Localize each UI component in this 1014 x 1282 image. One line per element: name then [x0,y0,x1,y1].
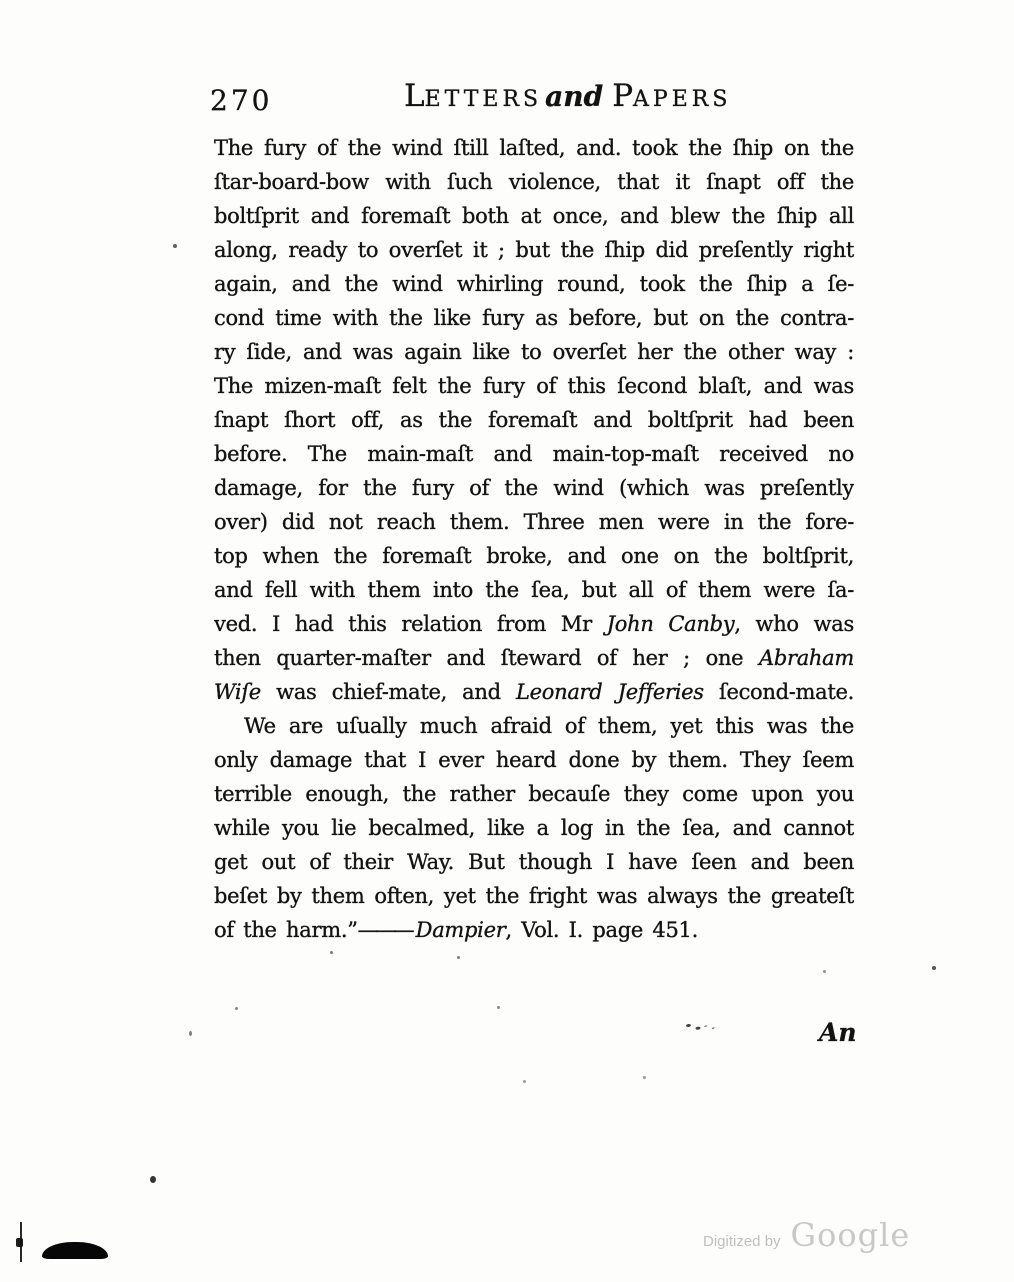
text-segment: ——— [358,918,412,942]
running-header: LETTERSandPAPERS [404,78,731,114]
text-line: of the harm.”———Dampier, Vol. I. page 45… [214,913,854,947]
text-segment: John Canby [607,612,735,636]
page-body-text: The fury of the wind ſtill laſted, and. … [214,131,854,947]
text-segment: ſnapt ſhort off, as the foremaſt and bol… [214,408,854,432]
text-line: damage, for the fury of the wind (which … [214,471,854,505]
text-line: The fury of the wind ſtill laſted, and. … [214,131,854,165]
scan-artifact-dot [457,956,460,959]
scan-artifact-blob [42,1242,108,1259]
scanned-book-page: 270 LETTERSandPAPERS The fury of the win… [0,0,1014,1282]
text-segment: and fell with them into the ſea, but all… [214,578,854,602]
text-segment: damage, for the fury of the wind (which … [214,476,854,500]
text-segment: ſecond-mate. [704,680,854,704]
text-line: before. The main-maſt and main-top-maſt … [214,437,854,471]
scan-artifact-smudge [686,1024,691,1028]
text-line: terrible enough, the rather becauſe they… [214,777,854,811]
text-segment: Leonard Jefferies [516,680,704,704]
text-line: top when the foremaſt broke, and one on … [214,539,854,573]
text-line: boltſprit and foremaſt both at once, and… [214,199,854,233]
running-header-segment: ETTERS [425,87,543,112]
running-header-segment: and [545,80,603,113]
text-segment: Abraham [759,646,854,670]
scan-artifact-dot [189,1031,192,1036]
text-segment: only damage that I ever heard done by th… [214,748,854,772]
digitized-by-label: Digitized by [703,1233,781,1250]
google-logo: Google [791,1216,911,1254]
text-line: only damage that I ever heard done by th… [214,743,854,777]
text-segment: The fury of the wind ſtill laſted, and. … [214,136,854,160]
running-header-segment: APERS [633,87,731,112]
text-segment: , who was [734,612,854,636]
text-line: then quarter-maſter and ſteward of her ;… [214,641,854,675]
catchword: An [819,1018,857,1047]
text-segment: over) did not reach them. Three men were… [214,510,854,534]
text-line: cond time with the like fury as before, … [214,301,854,335]
scan-artifact-dot [235,1007,238,1010]
scan-artifact-dot [823,970,826,973]
text-line: while you lie becalmed, like a log in th… [214,811,854,845]
scan-artifact-dot [150,1176,156,1183]
text-line: along, ready to overſet it ; but the ſhi… [214,233,854,267]
text-segment: then quarter-maſter and ſteward of her ;… [214,646,759,670]
text-segment: top when the foremaſt broke, and one on … [214,544,854,568]
text-segment: was chief-mate, and [261,680,516,704]
text-line: We are uſually much afraid of them, yet … [214,709,854,743]
text-segment: get out of their Way. But though I have … [214,850,854,874]
text-line: over) did not reach them. Three men were… [214,505,854,539]
text-line: ved. I had this relation from Mr John Ca… [214,607,854,641]
page-number: 270 [210,84,272,117]
text-segment: of the harm.” [214,918,358,942]
text-line: ſtar-board-bow with ſuch violence, that … [214,165,854,199]
scan-artifact-dot [932,966,936,970]
text-line: Wiſe was chief-mate, and Leonard Jefferi… [214,675,854,709]
scan-artifact-dot [330,951,333,954]
running-header-segment: P [612,78,633,114]
text-segment: ry ſide, and was again like to overſet h… [214,340,854,364]
scan-artifact-dot [497,1006,500,1009]
text-line: ſnapt ſhort off, as the foremaſt and bol… [214,403,854,437]
text-segment: Dampier [416,918,506,942]
text-line: beſet by them often, yet the fright was … [214,879,854,913]
text-line: again, and the wind whirling round, took… [214,267,854,301]
text-line: get out of their Way. But though I have … [214,845,854,879]
text-segment: We are uſually much afraid of them, yet … [244,714,854,738]
text-segment: again, and the wind whirling round, took… [214,272,854,296]
text-line: and fell with them into the ſea, but all… [214,573,854,607]
text-segment: Wiſe [214,680,261,704]
scan-artifact-dot [523,1080,526,1083]
text-segment: ved. I had this relation from Mr [214,612,607,636]
text-segment: ſtar-board-bow with ſuch violence, that … [214,170,854,194]
text-segment: while you lie becalmed, like a log in th… [214,816,854,840]
scan-artifact-nub [16,1238,23,1247]
text-segment: The mizen-maſt felt the fury of this ſec… [214,374,854,398]
google-watermark: Digitized by Google [703,1216,910,1254]
scan-artifact-dot [173,244,177,248]
text-line: ry ſide, and was again like to overſet h… [214,335,854,369]
text-segment: boltſprit and foremaſt both at once, and… [214,204,854,228]
text-segment: , Vol. I. page 451. [505,918,698,942]
text-segment: cond time with the like fury as before, … [214,306,854,330]
text-segment: along, ready to overſet it ; but the ſhi… [214,238,854,262]
scan-artifact-dot [643,1076,646,1079]
text-line: The mizen-maſt felt the fury of this ſec… [214,369,854,403]
text-segment: before. The main-maſt and main-top-maſt … [214,442,854,466]
text-segment: terrible enough, the rather becauſe they… [214,782,854,806]
running-header-segment: L [404,78,425,114]
text-segment: beſet by them often, yet the fright was … [214,884,854,908]
